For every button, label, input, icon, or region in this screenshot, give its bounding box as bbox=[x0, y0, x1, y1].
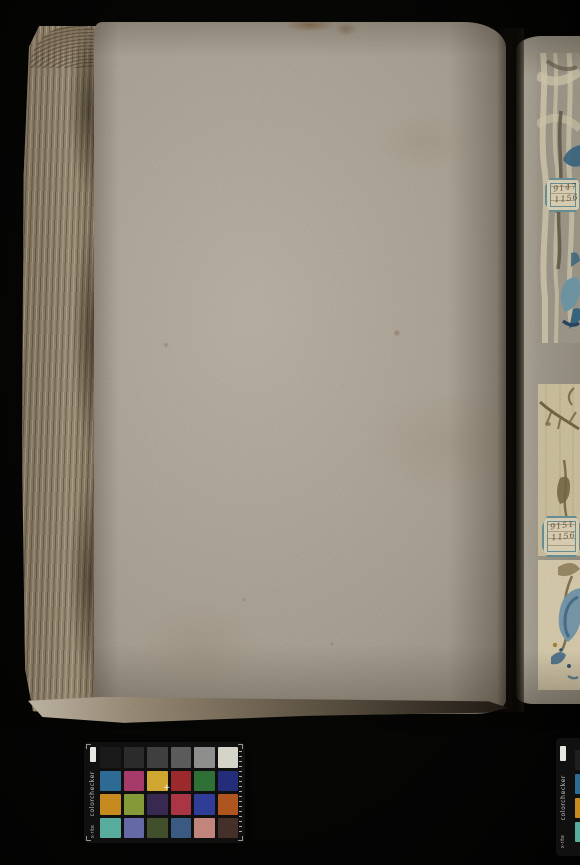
color-patch bbox=[194, 771, 215, 792]
color-patch-sliver bbox=[575, 822, 580, 842]
color-patch bbox=[124, 794, 145, 815]
color-patch bbox=[171, 794, 192, 815]
color-patch bbox=[194, 818, 215, 839]
color-patch bbox=[147, 818, 168, 839]
color-patch bbox=[124, 771, 145, 792]
registration-cross: + bbox=[163, 784, 171, 793]
colorchecker-patch-slivers bbox=[575, 750, 580, 842]
color-patch bbox=[100, 747, 121, 768]
color-patch bbox=[218, 818, 239, 839]
color-patch bbox=[171, 771, 192, 792]
corner-mark-icon bbox=[238, 836, 243, 841]
color-patch-sliver bbox=[575, 750, 580, 770]
color-patch bbox=[124, 818, 145, 839]
corner-mark-icon bbox=[238, 744, 243, 749]
color-patch bbox=[147, 747, 168, 768]
color-patch bbox=[147, 794, 168, 815]
colorchecker-brand-text: colorchecker bbox=[560, 775, 567, 820]
corner-mark-icon bbox=[86, 836, 91, 841]
book-gutter-shadow bbox=[497, 28, 524, 712]
color-patch bbox=[218, 794, 239, 815]
colorchecker-classic-badge bbox=[560, 746, 566, 761]
photo-backdrop: 9147 1156 9151 1156 colorchecker x-rite bbox=[0, 0, 580, 865]
colorchecker-card: colorchecker x-rite + bbox=[84, 742, 245, 843]
color-patch bbox=[100, 794, 121, 815]
colorchecker-card-partial: colorchecker x-rite bbox=[556, 738, 580, 856]
color-patch bbox=[194, 794, 215, 815]
color-patch bbox=[194, 747, 215, 768]
color-patch bbox=[171, 818, 192, 839]
color-patch bbox=[124, 747, 145, 768]
page-block-fore-edge bbox=[22, 26, 100, 718]
blank-left-page bbox=[94, 22, 506, 714]
color-patch bbox=[218, 747, 239, 768]
page-edge-shading bbox=[516, 36, 580, 704]
color-patch-sliver bbox=[575, 774, 580, 794]
colorchecker-brand-text: colorchecker bbox=[89, 771, 96, 816]
corner-mark-icon bbox=[86, 744, 91, 749]
colorchecker-side-labels: colorchecker x-rite bbox=[558, 746, 568, 848]
xrite-logo: x-rite bbox=[560, 835, 566, 848]
color-patch bbox=[171, 747, 192, 768]
color-patch bbox=[100, 771, 121, 792]
colorchecker-ruler-ticks bbox=[239, 751, 242, 834]
colorchecker-classic-badge bbox=[90, 747, 96, 762]
book-bottom-edge bbox=[28, 697, 508, 724]
facing-page-edge: 9147 1156 9151 1156 bbox=[516, 36, 580, 704]
color-patch bbox=[100, 818, 121, 839]
colorchecker-side-labels: colorchecker x-rite bbox=[87, 747, 98, 838]
color-patch-sliver bbox=[575, 798, 580, 818]
color-patch bbox=[218, 771, 239, 792]
